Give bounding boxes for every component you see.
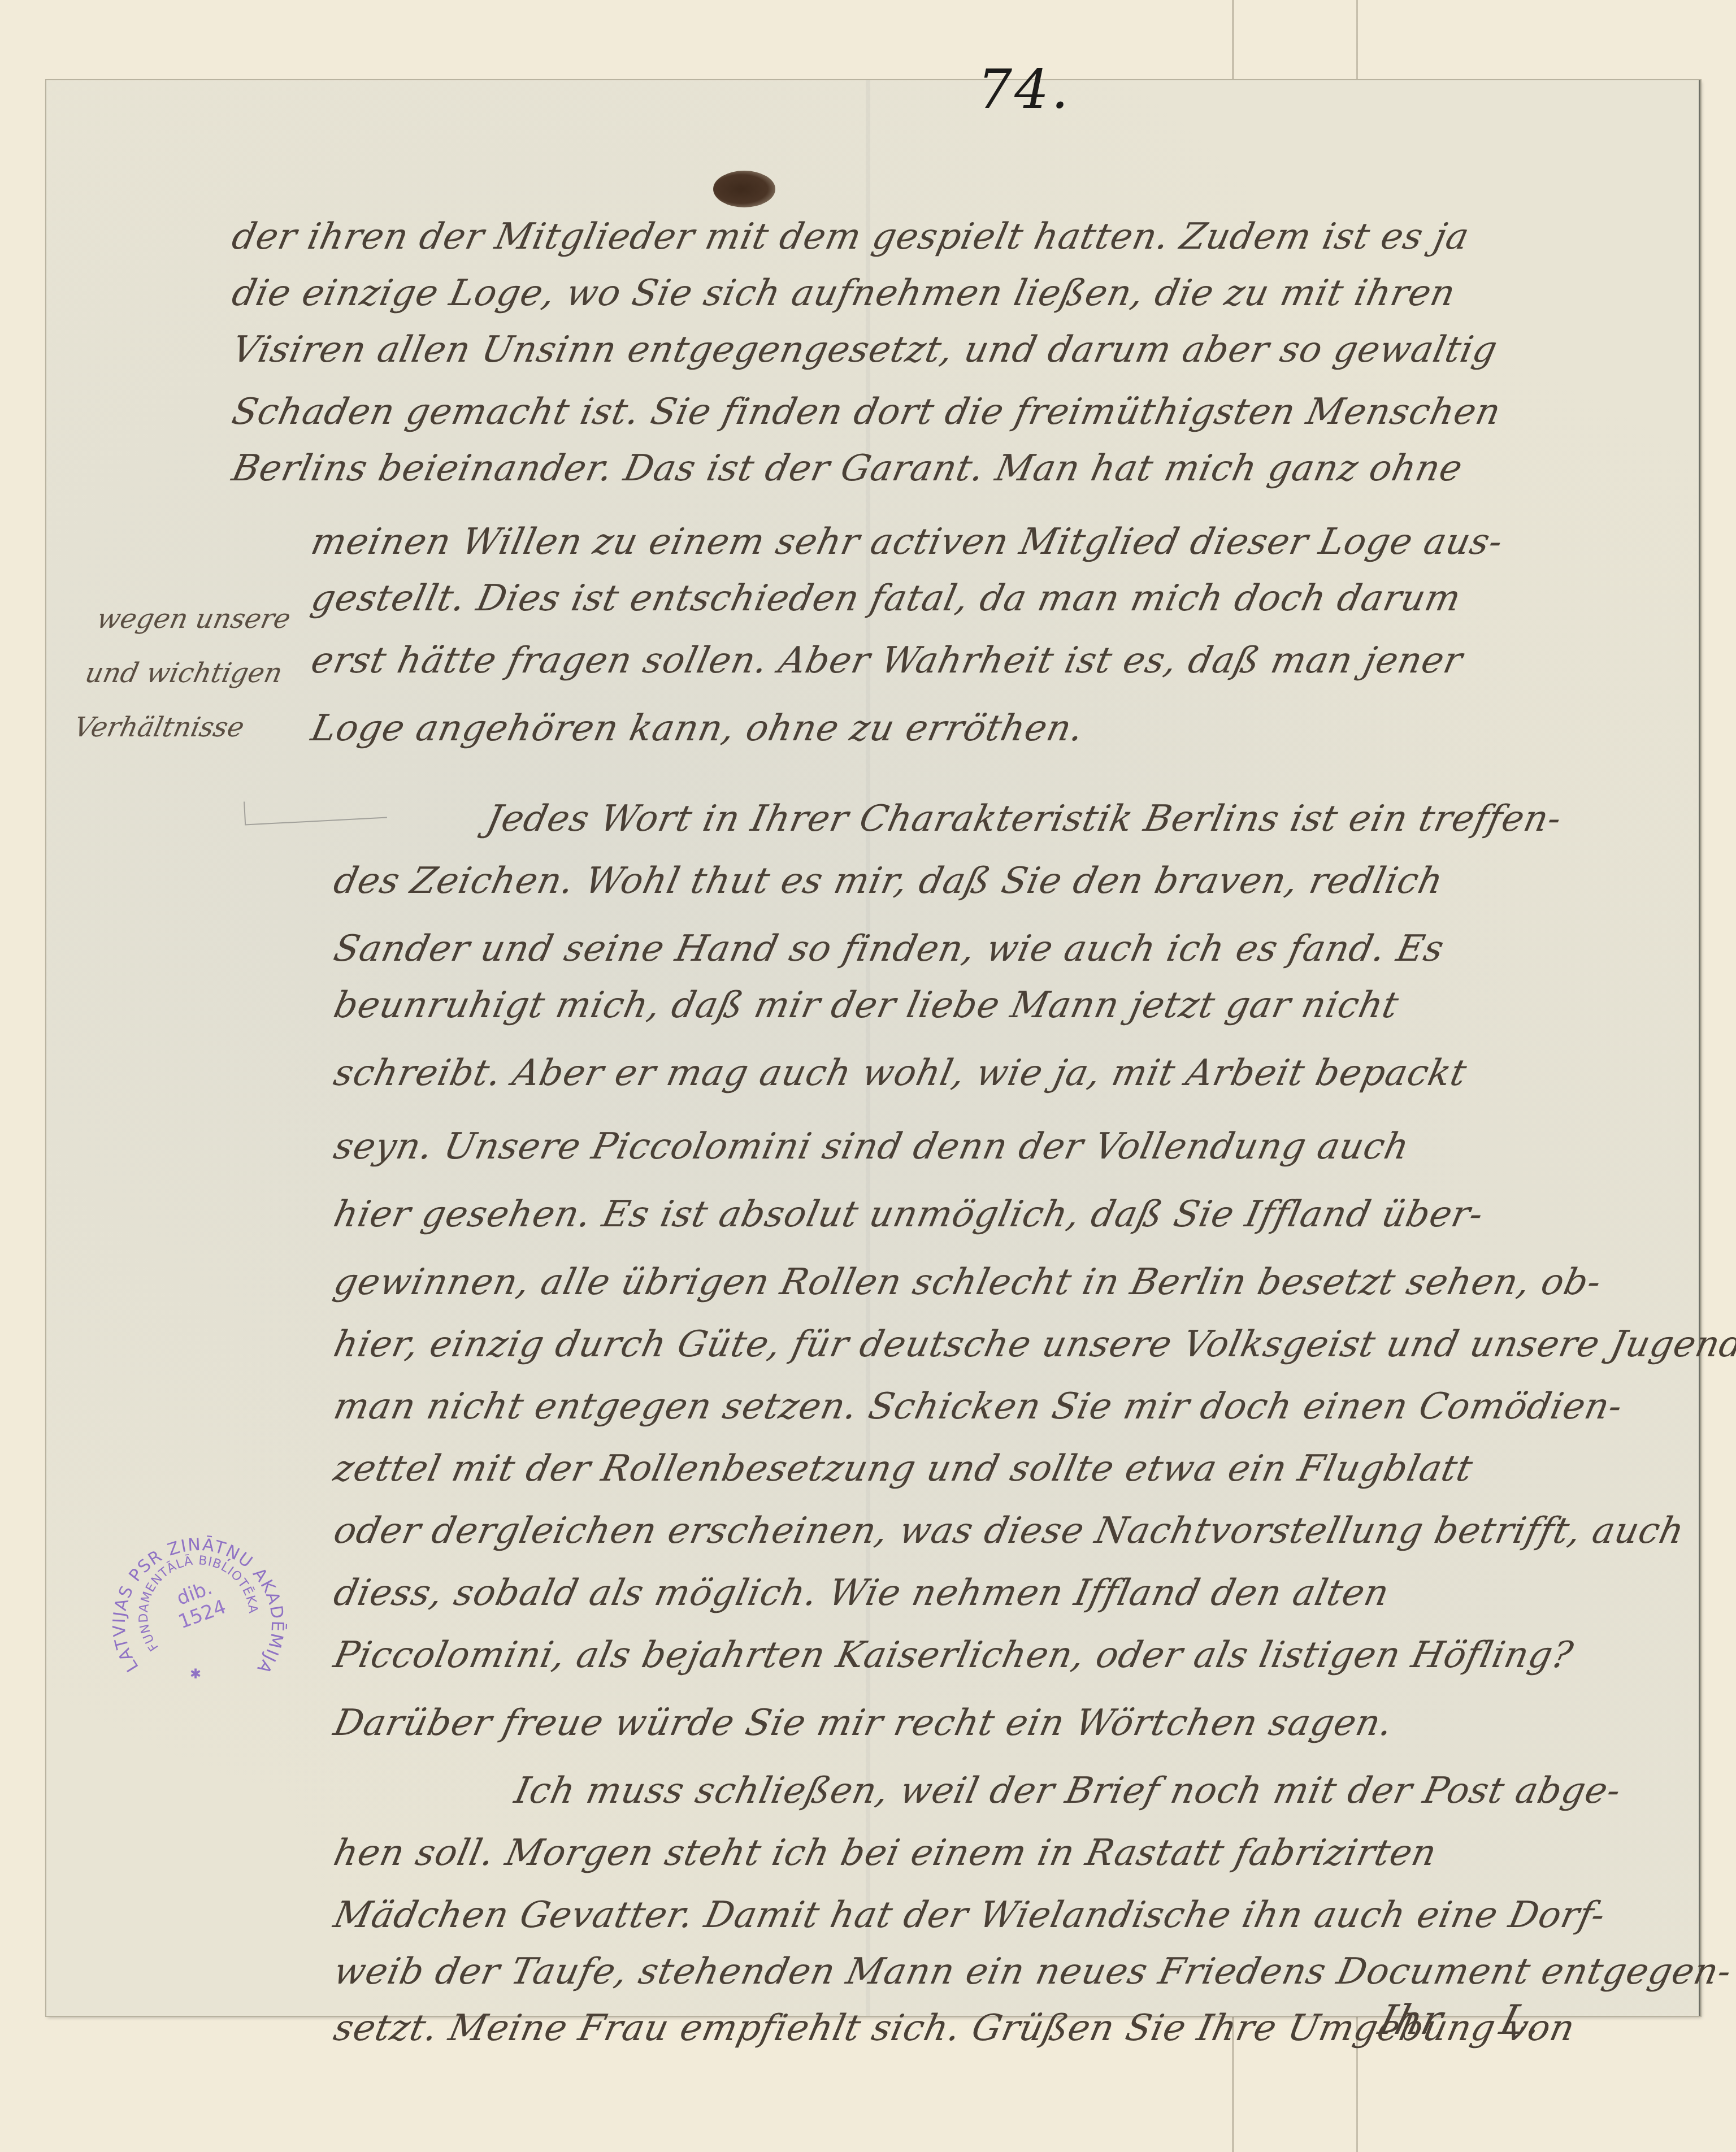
letter-line: schreibt. Aber er mag auch wohl, wie ja,… (330, 1052, 1470, 1094)
signature-closing: Ihr (1374, 1996, 1448, 2043)
letter-line: Visiren allen Unsinn entgegengesetzt, un… (228, 329, 1501, 371)
letter-line: Loge angehören kann, ohne zu erröthen. (307, 708, 1087, 749)
letter-line: weib der Taufe, stehenden Mann ein neues… (330, 1951, 1735, 1993)
ink-blot (713, 171, 775, 207)
letter-line: Ich muss schließen, weil der Brief noch … (511, 1770, 1625, 1812)
margin-note: wegen unsere und wichtigen Verhältnisse (68, 592, 299, 754)
letter-line: hen soll. Morgen steht ich bei einem in … (330, 1832, 1440, 1874)
letter-line: man nicht entgegen setzen. Schicken Sie … (330, 1386, 1626, 1428)
folio-number: 74. (978, 58, 1071, 121)
letter-line: gestellt. Dies ist entschieden fatal, da… (307, 578, 1465, 619)
letter-line: Schaden gemacht ist. Sie finden dort die… (228, 391, 1504, 433)
letter-line: seyn. Unsere Piccolomini sind denn der V… (330, 1126, 1413, 1168)
svg-text:✱: ✱ (190, 1666, 201, 1682)
letter-line: Berlins beieinander. Das ist der Garant.… (228, 448, 1466, 489)
signature: Ihr L. (1374, 1996, 1548, 2043)
letter-line: zettel mit der Rollenbesetzung und sollt… (330, 1448, 1477, 1490)
letter-line: hier gesehen. Es ist absolut unmöglich, … (330, 1194, 1487, 1235)
letter-line: Jedes Wort in Ihrer Charakteristik Berli… (483, 798, 1565, 840)
letter-line: hier, einzig durch Güte, für deutsche un… (330, 1324, 1736, 1365)
letter-line: Darüber freue würde Sie mir recht ein Wö… (330, 1702, 1396, 1744)
letter-line: diess, sobald als möglich. Wie nehmen If… (330, 1572, 1393, 1614)
letter-line: meinen Willen zu einem sehr activen Mitg… (307, 521, 1507, 563)
letter-line: beunruhigt mich, daß mir der liebe Mann … (330, 984, 1403, 1026)
library-stamp: LATVIJAS PSR ZINĀTŅU AKADĒMIJA FUNDAMENT… (105, 1515, 292, 1701)
margin-note-line: und wichtigen (80, 646, 288, 700)
letter-line: die einzige Loge, wo Sie sich aufnehmen … (228, 272, 1459, 314)
letter-line: des Zeichen. Wohl thut es mir, daß Sie d… (330, 860, 1447, 902)
letter-line: der ihren der Mitglieder mit dem gespiel… (228, 216, 1473, 258)
letter-line: Mädchen Gevatter. Damit hat der Wielandi… (330, 1894, 1609, 1936)
margin-note-line: wegen unsere (92, 592, 299, 646)
letter-line: Piccolomini, als bejahrten Kaiserlichen,… (330, 1634, 1577, 1676)
letter-line: erst hätte fragen sollen. Aber Wahrheit … (307, 640, 1466, 682)
letter-line: Sander und seine Hand so finden, wie auc… (330, 928, 1448, 970)
letter-line: gewinnen, alle übrigen Rollen schlecht i… (330, 1261, 1605, 1303)
pencil-bracket (244, 794, 387, 825)
letter-line: oder dergleichen erscheinen, was diese N… (330, 1510, 1688, 1552)
margin-note-line: Verhältnisse (68, 700, 276, 754)
letter-sheet: 74. der ihren der Mitglieder mit dem ges… (46, 80, 1700, 2016)
